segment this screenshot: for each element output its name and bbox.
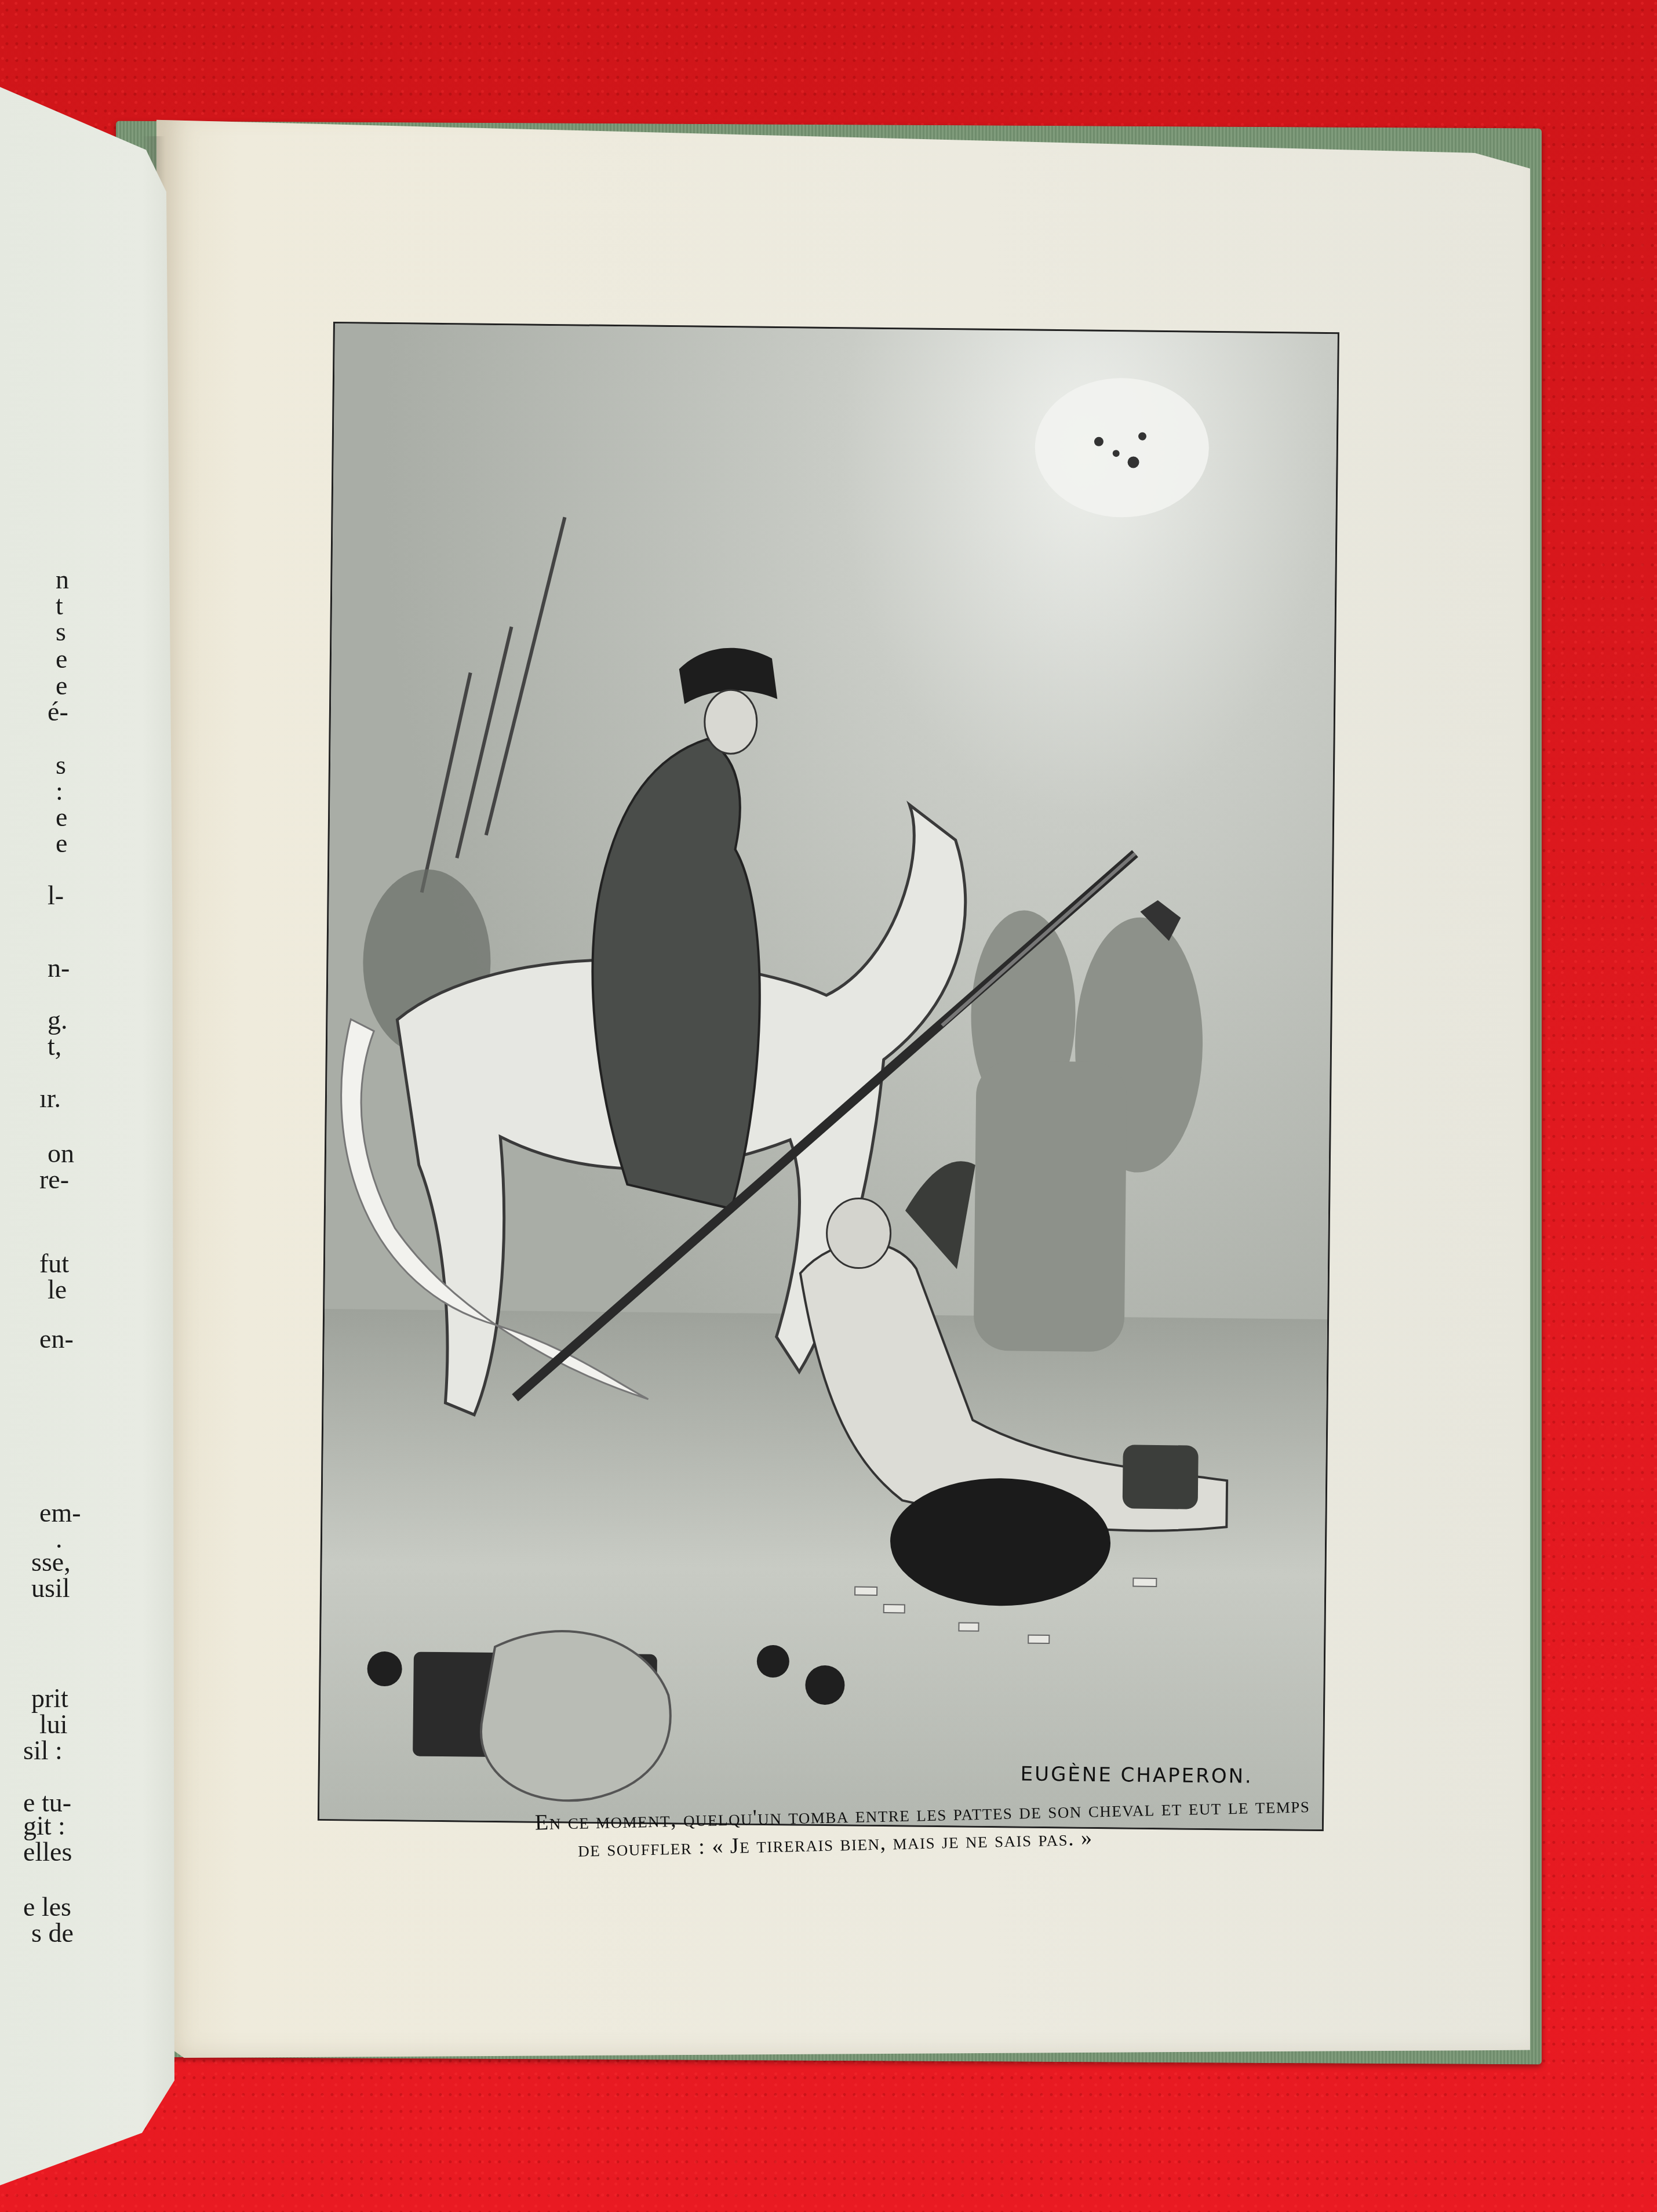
left-page-line-fragment: t [56,592,63,619]
artist-signature: EUGÈNE CHAPERON. [1021,1763,1254,1788]
left-page-line-fragment: e [56,646,67,672]
left-page-line-fragment: usil [31,1575,70,1602]
left-page-line-fragment: on [48,1140,74,1167]
left-page-line-fragment: é- [48,698,68,725]
left-page-line-fragment: s [56,619,66,645]
left-page-line-fragment: elles [23,1839,72,1865]
left-page-line-fragment: sil : [23,1737,63,1764]
left-page-line-fragment: t, [48,1033,61,1060]
left-page-line-fragment: en- [39,1326,74,1352]
overturned-shako [1123,1445,1199,1509]
left-page-line-fragment: e les [23,1894,71,1920]
left-page-line-fragment: prit [31,1685,68,1712]
left-page-line-fragment: g. [48,1007,68,1034]
left-page-line-fragment: sse, [31,1549,71,1576]
left-page-line-fragment: em- [39,1500,81,1526]
left-page-text-fragments: ntseeé-s:eel-n-g.t,ır.onre-futleen-em-.s… [0,87,174,2185]
engraving-illustration [319,323,1338,1829]
left-page-line-fragment: e [56,804,67,831]
left-page-line-fragment: le [48,1276,67,1303]
left-page-line-fragment: e [56,830,67,857]
left-page-line-fragment: ır. [39,1085,61,1112]
soldier-head [826,1198,891,1268]
left-page-line-fragment: n [56,566,69,593]
left-page-line-fragment: n- [48,955,70,981]
left-page-line-fragment: l- [48,882,64,909]
illustration-plate: EUGÈNE CHAPERON. [318,322,1339,1831]
left-page-line-fragment: lui [39,1711,68,1738]
left-page-line-fragment: s de [31,1920,74,1947]
left-page-line-fragment: git : [23,1813,65,1839]
left-page-line-fragment: e [56,672,67,699]
left-page-line-fragment: fut [39,1250,69,1277]
left-page-line-fragment: s [56,752,66,778]
rider-face [704,690,757,754]
left-page-line-fragment: re- [39,1166,69,1193]
left-page-line-fragment: : [56,778,63,805]
